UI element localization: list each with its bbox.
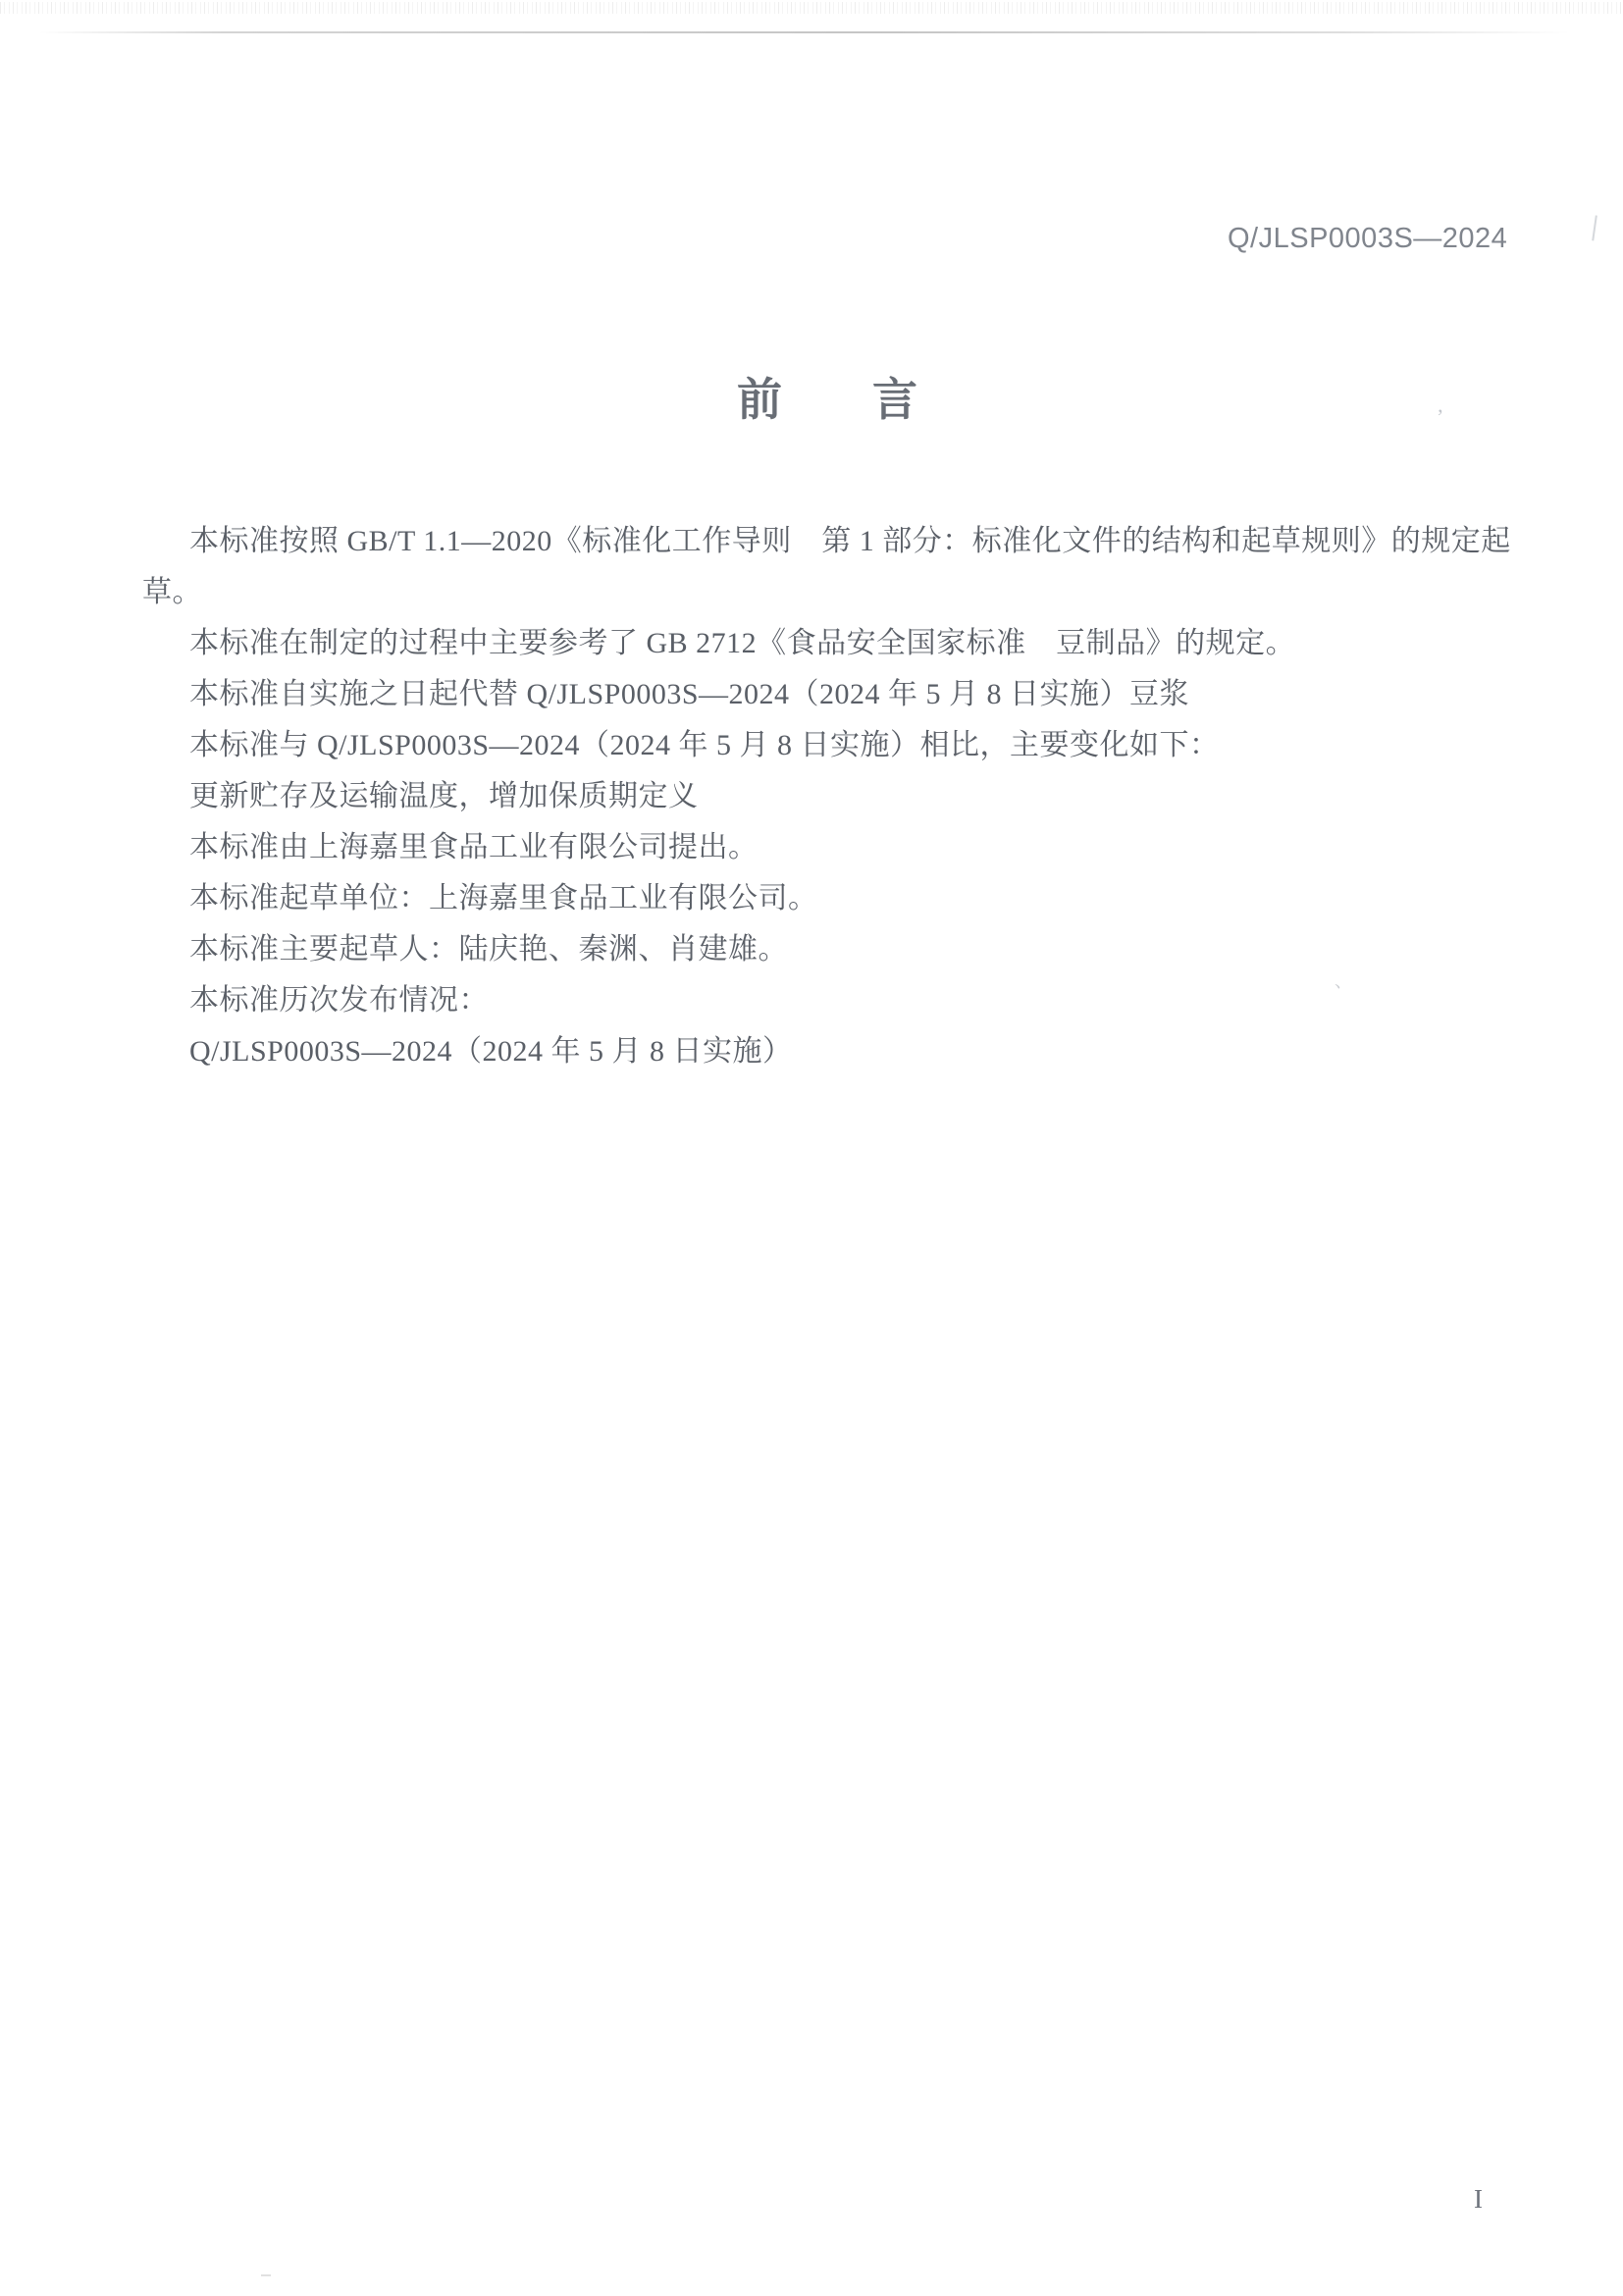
- scan-speck: [261, 2274, 271, 2276]
- body-line-drafters: 本标准主要起草人：陆庆艳、秦渊、肖建雄。: [142, 924, 1506, 975]
- body-line-reference: 本标准在制定的过程中主要参考了 GB 2712《食品安全国家标准 豆制品》的规定…: [142, 618, 1506, 669]
- body-line-history-item: Q/JLSP0003S—2024（2024 年 5 月 8 日实施）: [142, 1026, 1506, 1077]
- scan-speck: [1592, 215, 1605, 241]
- doc-code: Q/JLSP0003S—2024: [1228, 223, 1507, 255]
- document-body: 本标准按照 GB/T 1.1—2020《标准化工作导则 第 1 部分：标准化文件…: [142, 516, 1506, 1077]
- document-page: ’ 、 Q/JLSP0003S—2024 前 言 本标准按照 GB/T 1.1—…: [0, 0, 1623, 2296]
- body-line-draft-unit: 本标准起草单位：上海嘉里食品工业有限公司。: [142, 873, 1506, 924]
- body-line-scope-wrap: 草。: [142, 567, 1506, 618]
- body-line-history-head: 本标准历次发布情况：: [142, 975, 1506, 1026]
- body-line-replacement: 本标准自实施之日起代替 Q/JLSP0003S—2024（2024 年 5 月 …: [142, 669, 1506, 720]
- body-line-proposer: 本标准由上海嘉里食品工业有限公司提出。: [142, 822, 1506, 873]
- scan-edge-artifact: [0, 2, 1623, 14]
- body-line-changes: 更新贮存及运输温度，增加保质期定义: [142, 771, 1506, 822]
- body-line-comparison: 本标准与 Q/JLSP0003S—2024（2024 年 5 月 8 日实施）相…: [142, 720, 1506, 771]
- scan-edge-line: [39, 31, 1570, 33]
- page-number: I: [1474, 2184, 1483, 2215]
- page-title: 前 言: [16, 364, 1623, 429]
- body-line-scope: 本标准按照 GB/T 1.1—2020《标准化工作导则 第 1 部分：标准化文件…: [142, 516, 1506, 567]
